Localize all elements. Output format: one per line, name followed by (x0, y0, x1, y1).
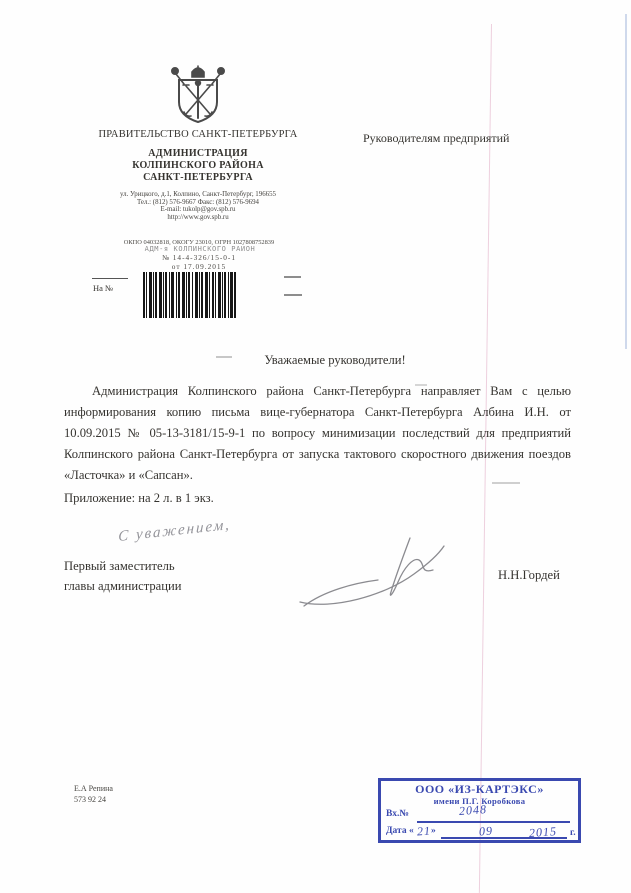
handwritten-regards: С уважением, (118, 517, 231, 546)
organization-name: АДМИНИСТРАЦИЯ КОЛПИНСКОГО РАЙОНА САНКТ-П… (88, 148, 308, 184)
document-number: № 14-4-326/15-0-1 (96, 253, 302, 262)
barcode (143, 272, 237, 318)
coat-of-arms-icon (162, 64, 234, 126)
executor-info: Е.А Репина 573 92 24 (74, 783, 113, 805)
stamp-org-name: ООО «ИЗ-КАРТЭКС» (381, 782, 578, 797)
stamp-rule (441, 837, 567, 839)
website-line: http://www.gov.spb.ru (88, 214, 308, 222)
stamp-in-number-handwritten: 2048 (459, 802, 488, 819)
address-line: ул. Урицкого, д.1, Колпино, Санкт-Петерб… (88, 191, 308, 199)
signature-scribble (292, 530, 457, 618)
org-line: АДМИНИСТРАЦИЯ (88, 148, 308, 160)
registration-stamp-overlay: АДМ-я КОЛПИНСКОГО РАЙОН (120, 245, 280, 253)
position-line: Первый заместитель (64, 556, 182, 576)
executor-phone: 573 92 24 (74, 794, 113, 805)
stamp-date-day-handwritten: 21 (416, 824, 431, 840)
stamp-in-label: Вх.№ (386, 809, 409, 819)
stamp-date-suffix: г. (570, 828, 576, 838)
contact-info: ул. Урицкого, д.1, Колпино, Санкт-Петерб… (88, 191, 308, 221)
stamp-rule (417, 821, 570, 823)
executor-name: Е.А Репина (74, 783, 113, 794)
org-line: КОЛПИНСКОГО РАЙОНА (88, 160, 308, 172)
scanned-letter-page: ПРАВИТЕЛЬСТВО САНКТ-ПЕТЕРБУРГА АДМИНИСТР… (0, 0, 631, 893)
letterhead: ПРАВИТЕЛЬСТВО САНКТ-ПЕТЕРБУРГА АДМИНИСТР… (88, 64, 308, 221)
stamp-date-close-quote: » (431, 826, 436, 836)
attachment-note: Приложение: на 2 л. в 1 экз. (64, 491, 214, 506)
reference-number-label: На № (93, 283, 113, 293)
incoming-stamp: ООО «ИЗ-КАРТЭКС» имени П.Г. Коробкова Вх… (378, 778, 581, 843)
recipient: Руководителям предприятий (363, 131, 509, 146)
document-date: от 17.09.2015 (96, 262, 302, 271)
body-paragraph: Администрация Колпинского района Санкт-П… (64, 381, 571, 486)
scan-dash (284, 294, 302, 296)
position-line: главы администрации (64, 576, 182, 596)
scan-edge-artifact (625, 14, 627, 349)
email-line: E-mail: tukolp@gov.spb.ru (88, 206, 308, 214)
reference-underline (92, 278, 128, 279)
incoming-stamp-content: ООО «ИЗ-КАРТЭКС» имени П.Г. Коробкова Вх… (381, 781, 578, 840)
salutation: Уважаемые руководители! (185, 353, 485, 368)
stamp-date-label: Дата « (386, 826, 414, 836)
signer-position: Первый заместитель главы администрации (64, 556, 182, 596)
phone-fax-line: Тел.: (812) 576-9667 Факс: (812) 576-969… (88, 199, 308, 207)
scan-dash (284, 276, 301, 278)
org-line: САНКТ-ПЕТЕРБУРГА (88, 172, 308, 184)
signer-name: Н.Н.Гордей (498, 568, 560, 583)
government-title: ПРАВИТЕЛЬСТВО САНКТ-ПЕТЕРБУРГА (88, 129, 308, 140)
